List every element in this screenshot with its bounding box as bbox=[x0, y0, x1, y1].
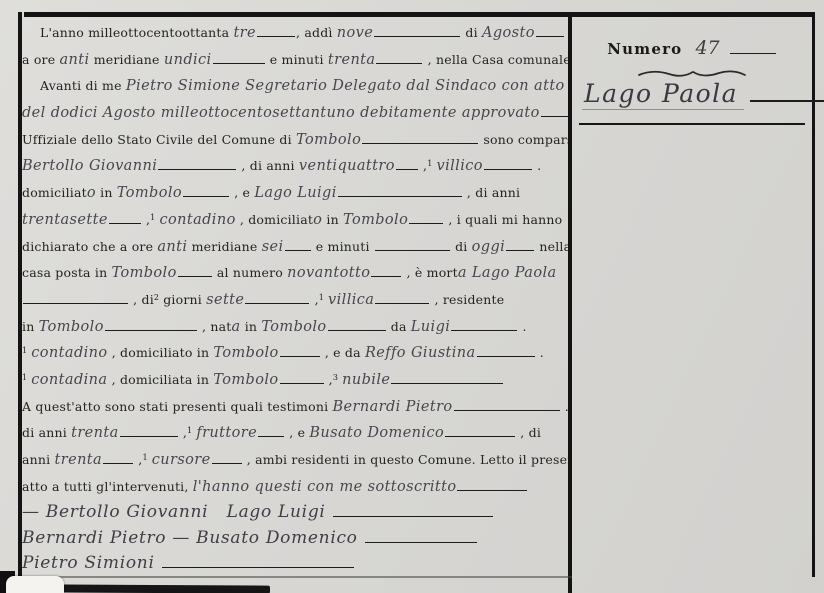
document-line: Avanti di me Pietro Simione Segretario D… bbox=[22, 75, 568, 102]
handwritten-text: contadina bbox=[31, 372, 107, 388]
printed-text: , ambi residenti in questo Comune. Letto… bbox=[243, 452, 568, 467]
handwritten-text: Tombolo bbox=[343, 212, 408, 228]
fill-line bbox=[257, 24, 295, 37]
printed-text: e minuti bbox=[266, 52, 328, 67]
handwritten-text: Tombolo bbox=[213, 345, 278, 361]
printed-text: , bbox=[419, 158, 427, 173]
printed-text: . bbox=[533, 158, 541, 173]
printed-text: , bbox=[179, 425, 187, 440]
flourish-wrap bbox=[572, 65, 812, 79]
fill-line bbox=[451, 318, 517, 331]
handwritten-text: Bernardi Pietro — Busato Domenico bbox=[22, 528, 364, 548]
margin-column: Numero 47 Lago Paola bbox=[572, 16, 812, 125]
printed-text: e minuti bbox=[312, 239, 374, 254]
handwritten-text: Tombolo bbox=[261, 319, 326, 335]
handwritten-text: trenta bbox=[55, 452, 103, 468]
printed-text: , di bbox=[129, 292, 154, 307]
printed-text: giorni bbox=[159, 292, 206, 307]
document-line: anni trenta ,1 cursore , ambi residenti … bbox=[22, 449, 568, 476]
fill-line bbox=[375, 238, 450, 251]
printed-text: , nat bbox=[198, 319, 232, 334]
scan-artifact-bar bbox=[42, 584, 270, 593]
printed-text: meridiane bbox=[187, 239, 261, 254]
printed-text: , addì bbox=[296, 25, 337, 40]
printed-text: , e bbox=[230, 185, 254, 200]
handwritten-text: contadino bbox=[159, 212, 235, 228]
handwritten-text: contadino bbox=[31, 345, 107, 361]
handwritten-text: o bbox=[87, 185, 96, 201]
fill-line bbox=[457, 478, 527, 491]
fill-line bbox=[371, 264, 401, 277]
handwritten-text: oggi bbox=[472, 239, 506, 255]
death-record-scan: { "margin": { "numero_label": "Numero", … bbox=[0, 0, 824, 593]
numero-label: Numero bbox=[607, 40, 682, 58]
handwritten-text: Reffo Giustina bbox=[365, 345, 476, 361]
printed-text: sono compars bbox=[479, 132, 568, 147]
printed-text: a ore bbox=[22, 52, 60, 67]
printed-text: , di bbox=[516, 425, 541, 440]
handwritten-text: sette bbox=[206, 292, 244, 308]
fill-line bbox=[750, 88, 824, 102]
handwritten-text: del dodici Agosto milleottocentosettantu… bbox=[22, 105, 540, 121]
handwritten-text: Tombolo bbox=[213, 372, 278, 388]
printed-text: da bbox=[387, 319, 411, 334]
printed-text: di anni bbox=[22, 425, 71, 440]
printed-text: , bbox=[310, 292, 318, 307]
document-line: domiciliato in Tombolo , e Lago Luigi , … bbox=[22, 182, 568, 209]
record-number-value: 47 bbox=[695, 37, 719, 59]
handwritten-text: Busato Domenico bbox=[309, 425, 444, 441]
fill-line bbox=[536, 24, 564, 37]
handwritten-text: trentasette bbox=[22, 212, 108, 228]
fill-line bbox=[120, 424, 178, 437]
document-line: dichiarato che a ore anti meridiane sei … bbox=[22, 236, 568, 263]
printed-text: . bbox=[561, 399, 568, 414]
fill-line bbox=[391, 371, 503, 384]
fill-line bbox=[183, 184, 229, 197]
document-line: A quest'atto sono stati presenti quali t… bbox=[22, 396, 568, 423]
printed-text: , domiciliat bbox=[236, 212, 313, 227]
printed-text: in bbox=[241, 319, 262, 334]
printed-text: L'anno milleottocentoottanta bbox=[40, 25, 233, 40]
handwritten-text: o bbox=[313, 212, 322, 228]
printed-text: , di anni bbox=[463, 185, 520, 200]
printed-text: di bbox=[451, 239, 472, 254]
fill-line bbox=[375, 291, 429, 304]
handwritten-text: Tombolo bbox=[39, 319, 104, 335]
printed-text: , nella Casa comunale. bbox=[423, 52, 568, 67]
handwritten-text: cursore bbox=[152, 452, 211, 468]
handwritten-text: l'hanno questi con me sottoscritto bbox=[193, 479, 457, 495]
printed-text: A quest'atto sono stati presenti quali t… bbox=[22, 399, 332, 414]
handwritten-text: trenta bbox=[71, 425, 119, 441]
handwritten-text: undici bbox=[164, 52, 212, 68]
document-line: Uffiziale dello Stato Civile del Comune … bbox=[22, 129, 568, 156]
handwritten-text: Tombolo bbox=[296, 132, 361, 148]
handwritten-text: villico bbox=[436, 158, 482, 174]
document-line: trentasette ,1 contadino , domiciliato i… bbox=[22, 209, 568, 236]
fill-line bbox=[103, 451, 133, 464]
handwritten-text: sei bbox=[262, 239, 284, 255]
handwritten-text: Luigi bbox=[411, 319, 451, 335]
fill-line bbox=[409, 211, 443, 224]
handwritten-text: Pietro Simione Segretario Delegato dal S… bbox=[126, 78, 565, 94]
printed-text: Uffiziale dello Stato Civile del Comune … bbox=[22, 132, 296, 147]
fill-line bbox=[280, 344, 320, 357]
fill-line bbox=[178, 264, 212, 277]
printed-text: in bbox=[22, 319, 39, 334]
printed-text: , domiciliata in bbox=[107, 372, 213, 387]
document-line: a ore anti meridiane undici e minuti tre… bbox=[22, 49, 568, 76]
document-line: L'anno milleottocentoottanta tre, addì n… bbox=[22, 22, 568, 49]
printed-text: , domiciliato in bbox=[108, 345, 214, 360]
printed-text: , bbox=[325, 372, 333, 387]
printed-text: in bbox=[322, 212, 343, 227]
printed-text: , di anni bbox=[237, 158, 299, 173]
document-line: 1 contadina , domiciliata in Tombolo ,3 … bbox=[22, 369, 568, 396]
document-lines: L'anno milleottocentoottanta tre, addì n… bbox=[22, 17, 568, 579]
handwritten-text: nove bbox=[337, 25, 373, 41]
printed-text: meridiane bbox=[90, 52, 164, 67]
fill-line bbox=[245, 291, 309, 304]
fill-line bbox=[506, 238, 534, 251]
fill-line bbox=[23, 291, 128, 304]
fill-line bbox=[445, 424, 515, 437]
printed-text: di bbox=[461, 25, 482, 40]
document-line: casa posta in Tombolo al numero novantot… bbox=[22, 262, 568, 289]
fill-line bbox=[162, 555, 354, 568]
deceased-name: Lago Paola bbox=[582, 79, 744, 110]
document-line: Bernardi Pietro — Busato Domenico bbox=[22, 528, 568, 554]
document-line: atto a tutti gl'intervenuti, l'hanno que… bbox=[22, 476, 568, 503]
printed-text: , e da bbox=[321, 345, 365, 360]
printed-text: casa posta in bbox=[22, 265, 112, 280]
scan-artifact-page-tab bbox=[6, 576, 64, 593]
fill-line bbox=[158, 157, 236, 170]
printed-text: dichiarato che a ore bbox=[22, 239, 157, 254]
handwritten-text: Lago Luigi bbox=[254, 185, 336, 201]
handwritten-text: fruttore bbox=[196, 425, 257, 441]
fill-line bbox=[374, 24, 460, 37]
fill-line bbox=[365, 530, 477, 543]
handwritten-text: — Bertollo Giovanni Lago Luigi bbox=[22, 502, 332, 522]
fill-line bbox=[362, 131, 478, 144]
printed-text: , residente bbox=[430, 292, 504, 307]
record-number-row: Numero 47 bbox=[572, 37, 812, 59]
fill-line bbox=[477, 344, 535, 357]
margin-rule bbox=[579, 123, 805, 125]
handwritten-text: anti bbox=[157, 239, 187, 255]
printed-text: al numero bbox=[213, 265, 287, 280]
fill-line bbox=[280, 371, 324, 384]
fill-line bbox=[484, 157, 532, 170]
handwritten-text: a bbox=[232, 319, 241, 335]
printed-text: . bbox=[536, 345, 544, 360]
document-line: in Tombolo , nata in Tombolo da Luigi . bbox=[22, 316, 568, 343]
document-line: Pietro Simioni bbox=[22, 553, 568, 579]
deceased-name-row: Lago Paola bbox=[572, 79, 812, 108]
handwritten-text: trenta bbox=[328, 52, 376, 68]
fill-line bbox=[285, 238, 311, 251]
fill-line bbox=[333, 504, 493, 517]
printed-text: domiciliat bbox=[22, 185, 87, 200]
fill-line bbox=[396, 157, 418, 170]
printed-text: . bbox=[565, 25, 568, 40]
fill-line bbox=[338, 184, 462, 197]
fill-line bbox=[109, 211, 141, 224]
handwritten-text: Agosto bbox=[482, 25, 535, 41]
handwritten-text: Bernardi Pietro bbox=[332, 399, 452, 415]
document-line: — Bertollo Giovanni Lago Luigi bbox=[22, 502, 568, 528]
handwritten-text: ventiquattro bbox=[299, 158, 395, 174]
document-line: del dodici Agosto milleottocentosettantu… bbox=[22, 102, 568, 129]
handwritten-text: a Lago Paola bbox=[458, 265, 557, 281]
handwritten-text: Pietro Simioni bbox=[22, 553, 161, 573]
handwritten-text: Bertollo Giovanni bbox=[22, 158, 157, 174]
fill-line bbox=[213, 51, 265, 64]
fill-line bbox=[212, 451, 242, 464]
printed-text: nella bbox=[535, 239, 568, 254]
document-line: 1 contadino , domiciliato in Tombolo , e… bbox=[22, 342, 568, 369]
fill-line bbox=[258, 424, 284, 437]
printed-text: , bbox=[142, 212, 150, 227]
handwritten-text: novantotto bbox=[287, 265, 370, 281]
fill-line bbox=[541, 104, 568, 117]
printed-text: atto a tutti gl'intervenuti, bbox=[22, 479, 193, 494]
document-line: , di2 giorni sette ,1 villica , resident… bbox=[22, 289, 568, 316]
printed-text: in bbox=[96, 185, 117, 200]
handwritten-text: Tombolo bbox=[112, 265, 177, 281]
handwritten-text: nubile bbox=[342, 372, 390, 388]
fill-line bbox=[105, 318, 197, 331]
printed-text: Avanti di me bbox=[40, 78, 126, 93]
fill-line bbox=[376, 51, 422, 64]
printed-text: anni bbox=[22, 452, 55, 467]
printed-text: , i quali mi hanno bbox=[444, 212, 562, 227]
document-line: di anni trenta ,1 fruttore , e Busato Do… bbox=[22, 422, 568, 449]
handwritten-text: villica bbox=[328, 292, 374, 308]
printed-text: , e bbox=[285, 425, 309, 440]
handwritten-text: Tombolo bbox=[117, 185, 182, 201]
printed-text: , è mort bbox=[402, 265, 457, 280]
handwritten-text: tre bbox=[233, 25, 256, 41]
fill-line bbox=[454, 398, 560, 411]
printed-text: . bbox=[518, 319, 526, 334]
fill-line bbox=[730, 41, 776, 54]
document-line: Bertollo Giovanni , di anni ventiquattro… bbox=[22, 155, 568, 182]
handwritten-text: anti bbox=[60, 52, 90, 68]
fill-line bbox=[328, 318, 386, 331]
